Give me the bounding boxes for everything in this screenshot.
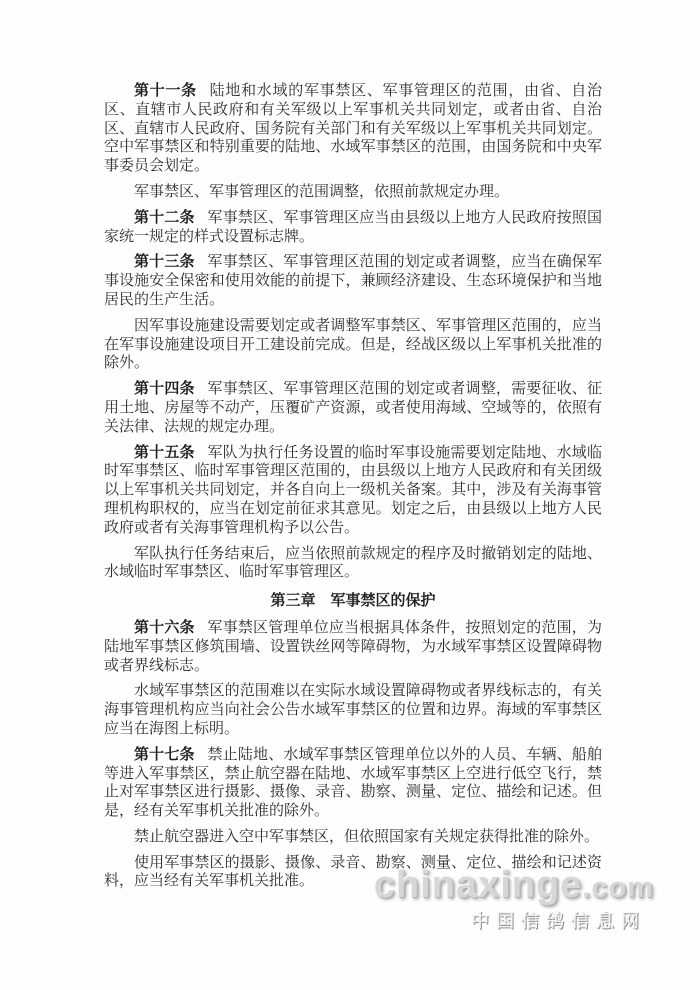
article-number: 第十三条 — [134, 254, 195, 270]
article-number: 第十一条 — [134, 83, 197, 99]
paragraph: 第十五条军队为执行任务设置的临时军事设施需要划定陆地、水域临时军事禁区、临时军事… — [104, 444, 602, 538]
watermark-site-name: 中国信鸽信息网 — [374, 910, 654, 933]
paragraph: 因军事设施建设需要划定或者调整军事禁区、军事管理区范围的，应当在军事设施建设项目… — [104, 317, 602, 373]
article-number: 第十五条 — [134, 445, 195, 461]
paragraph: 第十三条军事禁区、军事管理区范围的划定或者调整，应当在确保军事设施安全保密和使用… — [104, 253, 602, 309]
paragraph: 第十二条军事禁区、军事管理区应当由县级以上地方人民政府按照国家统一规定的样式设置… — [104, 209, 602, 247]
paragraph: 军事禁区、军事管理区的范围调整，依照前款规定办理。 — [104, 183, 602, 202]
paragraph: 军队执行任务结束后，应当依照前款规定的程序及时撤销划定的陆地、水域临时军事禁区、… — [104, 545, 602, 583]
article-number: 第十二条 — [134, 210, 195, 226]
page: { "page": { "background_color": "#fefefe… — [0, 0, 700, 990]
paragraph: 禁止航空器进入空中军事禁区，但依照国家有关规定获得批准的除外。 — [104, 828, 602, 847]
article-number: 第十七条 — [134, 747, 195, 763]
document-body: 第十一条陆地和水域的军事禁区、军事管理区的范围，由省、自治区、直辖市人民政府和有… — [104, 82, 602, 898]
paragraph: 第十一条陆地和水域的军事禁区、军事管理区的范围，由省、自治区、直辖市人民政府和有… — [104, 82, 602, 176]
article-number: 第十六条 — [134, 620, 195, 636]
paragraph: 水域军事禁区的范围难以在实际水域设置障碍物或者界线标志的，有关海事管理机构应当向… — [104, 682, 602, 738]
paragraph: 第十六条军事禁区管理单位应当根据具体条件，按照划定的范围，为陆地军事禁区修筑围墙… — [104, 619, 602, 675]
article-number: 第十四条 — [134, 381, 195, 397]
paragraph: 第十七条禁止陆地、水域军事禁区管理单位以外的人员、车辆、船舶等进入军事禁区，禁止… — [104, 746, 602, 821]
chapter-heading: 第三章 军事禁区的保护 — [104, 592, 602, 611]
paragraph: 使用军事禁区的摄影、摄像、录音、勘察、测量、定位、描绘和记述资料，应当经有关军事… — [104, 854, 602, 892]
paragraph: 第十四条军事禁区、军事管理区范围的划定或者调整，需要征收、征用土地、房屋等不动产… — [104, 380, 602, 436]
